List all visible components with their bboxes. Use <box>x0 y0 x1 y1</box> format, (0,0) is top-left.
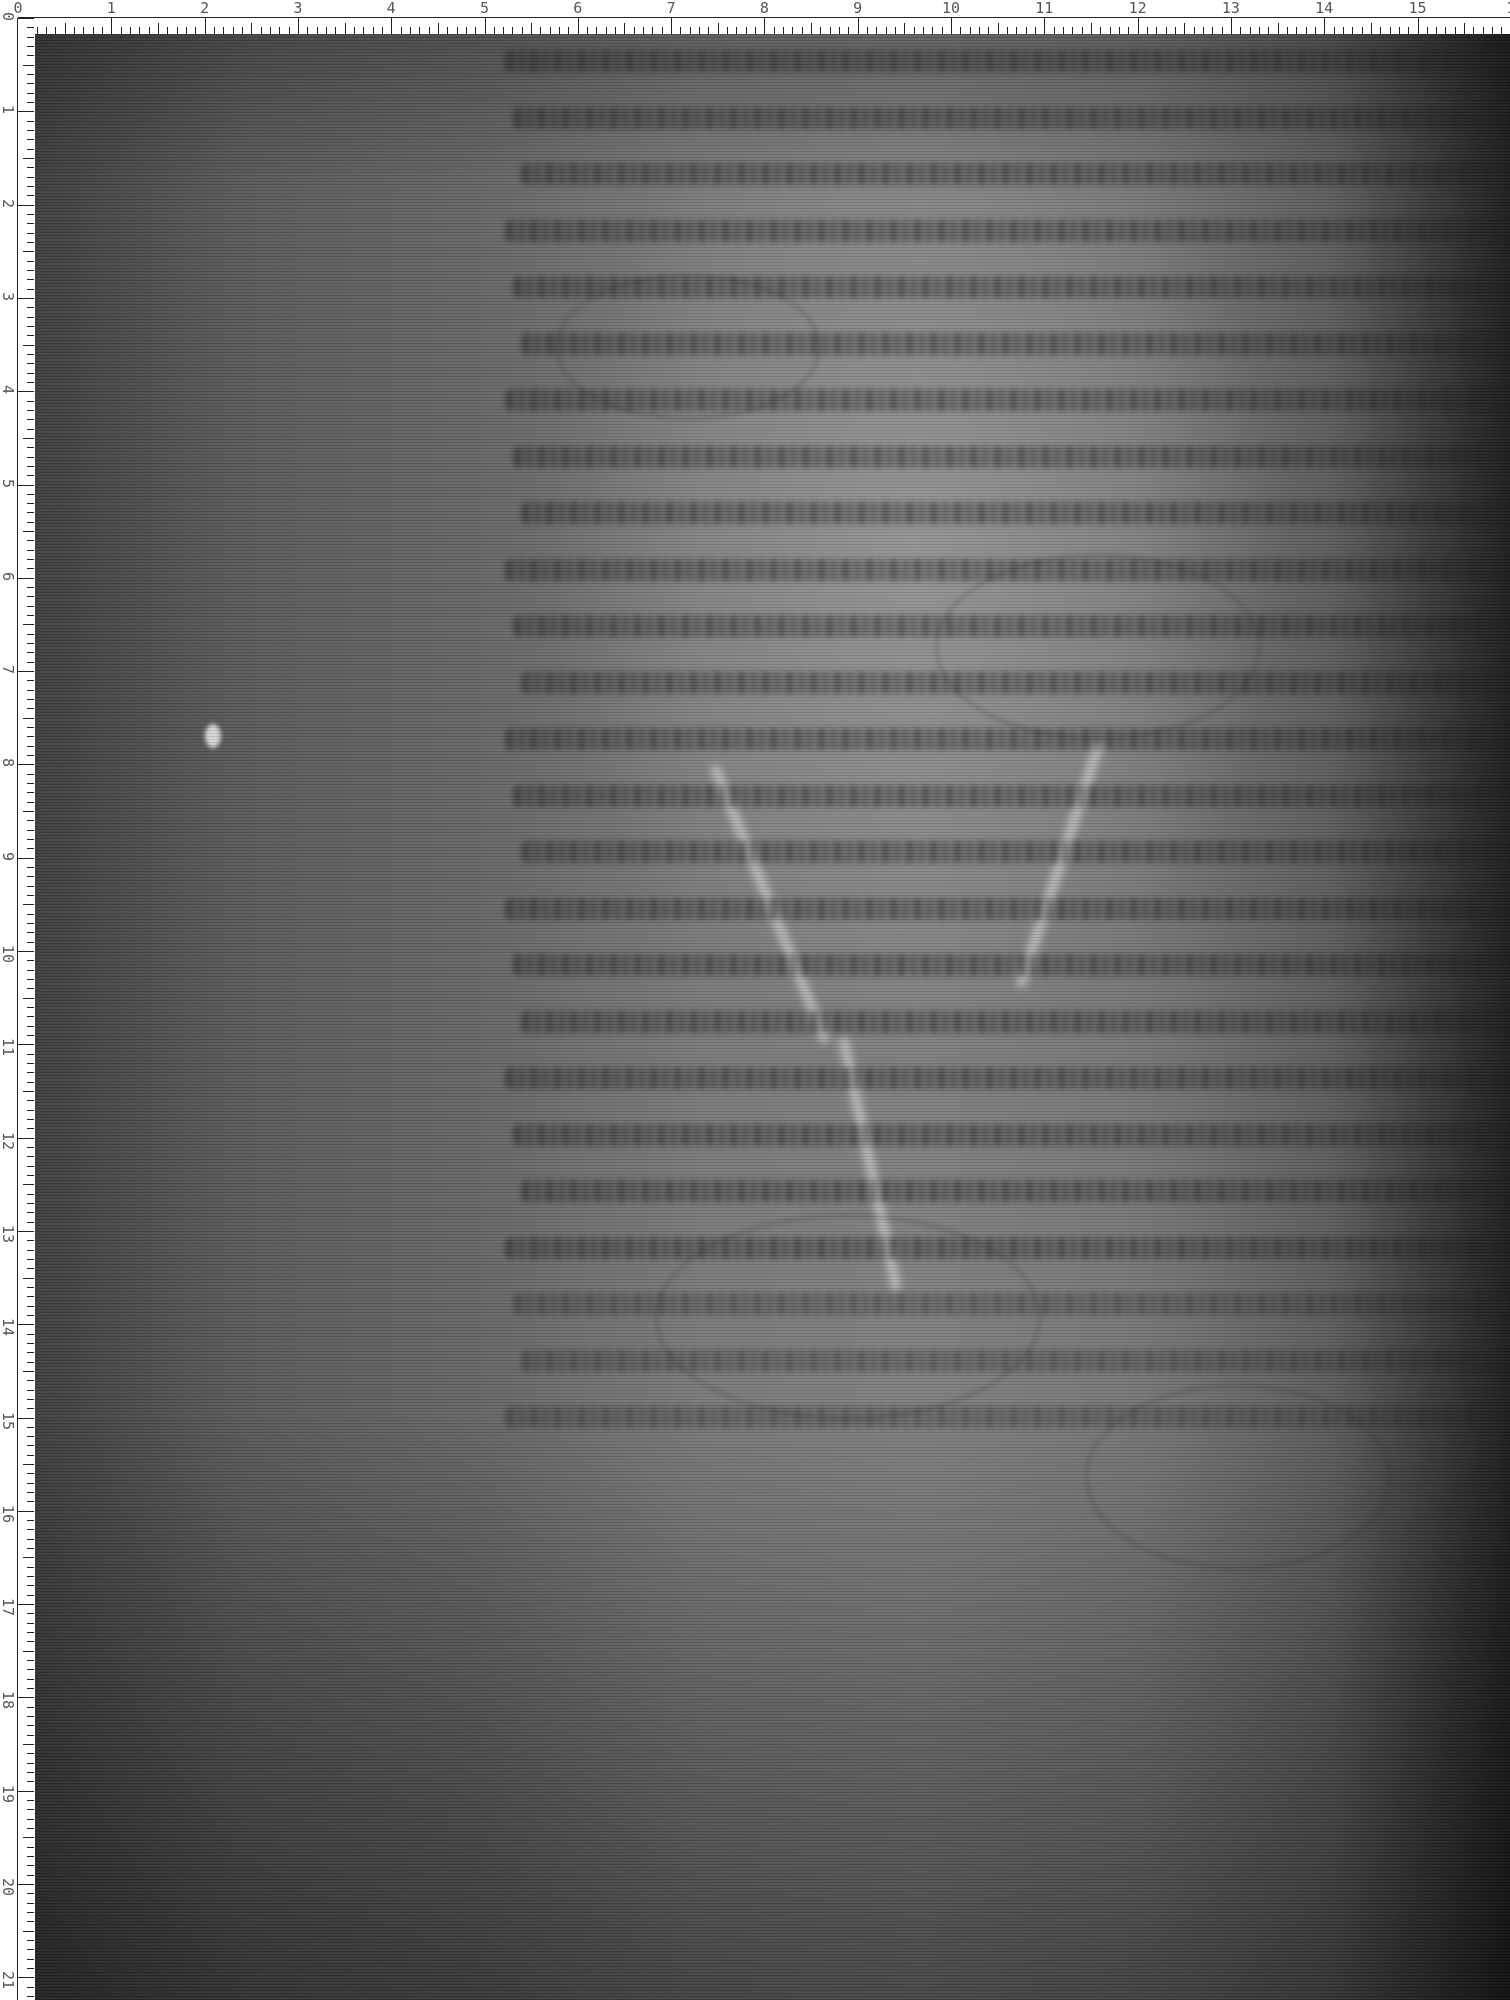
ruler-tick <box>27 121 34 122</box>
ruler-tick <box>1026 27 1027 34</box>
ruler-tick <box>363 27 364 34</box>
ruler-tick <box>27 867 34 868</box>
ruler-tick <box>1287 27 1288 34</box>
ruler-tick <box>1464 23 1465 34</box>
ruler-left-label: 18 <box>0 1691 16 1709</box>
ruler-tick <box>699 27 700 34</box>
manuscript-text-line <box>521 1011 1510 1033</box>
ruler-tick <box>531 23 532 34</box>
ruler-tick <box>23 1744 34 1745</box>
ruler-tick <box>1016 27 1017 34</box>
ruler-tick <box>27 307 34 308</box>
ruler-tick <box>391 18 392 34</box>
ruler-tick <box>27 1100 34 1101</box>
ruler-tick <box>27 1072 34 1073</box>
bright-spot <box>205 724 221 748</box>
ruler-tick <box>485 18 486 34</box>
ruler-tick <box>447 27 448 34</box>
ruler-tick <box>27 410 34 411</box>
ruler-tick <box>27 1613 34 1614</box>
ruler-tick <box>27 1679 34 1680</box>
ruler-tick <box>867 27 868 34</box>
ruler-tick <box>27 242 34 243</box>
manuscript-text-line <box>513 785 1510 807</box>
ruler-tick <box>223 27 224 34</box>
ruler-tick <box>27 1763 34 1764</box>
ruler-tick <box>1007 27 1008 34</box>
ruler-tick <box>652 27 653 34</box>
ruler-tick <box>27 1175 34 1176</box>
ruler-tick <box>27 1352 34 1353</box>
ruler-tick <box>27 167 34 168</box>
ruler-left-label: 5 <box>0 479 16 488</box>
ruler-tick <box>27 1539 34 1540</box>
ruler-tick <box>1473 27 1474 34</box>
ruler-tick <box>27 1128 34 1129</box>
ruler-tick <box>23 1091 34 1092</box>
ruler-tick <box>23 1464 34 1465</box>
ruler-tick <box>27 317 34 318</box>
ruler-tick <box>970 27 971 34</box>
ruler-tick <box>18 1697 34 1698</box>
ruler-tick <box>18 1324 34 1325</box>
ruler-left-label: 16 <box>0 1505 16 1523</box>
ruler-tick <box>27 876 34 877</box>
ruler-tick <box>27 774 34 775</box>
manuscript-text-line <box>505 1067 1510 1089</box>
ruler-tick <box>83 27 84 34</box>
ruler-tick <box>23 718 34 719</box>
ruler-tick <box>27 1492 34 1493</box>
ruler-tick <box>457 27 458 34</box>
ruler-tick <box>27 1585 34 1586</box>
ruler-tick <box>27 755 34 756</box>
ruler-tick <box>27 233 34 234</box>
manuscript-text-line <box>521 1180 1510 1202</box>
ruler-tick <box>27 1082 34 1083</box>
ruler-tick <box>1362 27 1363 34</box>
ruler-tick <box>438 23 439 34</box>
ruler-tick <box>27 1735 34 1736</box>
ruler-tick <box>27 699 34 700</box>
ruler-tick <box>1035 27 1036 34</box>
ruler-tick <box>27 1194 34 1195</box>
ruler-tick <box>27 596 34 597</box>
ruler-tick <box>195 27 196 34</box>
ruler-tick <box>27 37 34 38</box>
ruler-left-label: 13 <box>0 1225 16 1243</box>
ruler-tick <box>1334 27 1335 34</box>
manuscript-text-line <box>521 333 1510 355</box>
manuscript-text-line <box>513 1124 1510 1146</box>
ruler-tick <box>307 27 308 34</box>
manuscript-text-line <box>513 276 1510 298</box>
ruler-tick <box>27 326 34 327</box>
ruler-tick <box>18 111 34 112</box>
ruler-tick <box>979 27 980 34</box>
ruler-tick <box>139 27 140 34</box>
ruler-tick <box>494 27 495 34</box>
manuscript-text-line <box>513 1293 1510 1315</box>
ruler-tick <box>65 23 66 34</box>
ruler-tick <box>876 27 877 34</box>
ruler-tick <box>27 652 34 653</box>
ruler-tick <box>634 27 635 34</box>
ruler-tick <box>27 1380 34 1381</box>
manuscript-text-line <box>521 672 1510 694</box>
ruler-tick <box>27 55 34 56</box>
ruler-tick <box>27 1893 34 1894</box>
ruler-top-label: 1 <box>107 0 116 16</box>
ruler-tick <box>37 27 38 34</box>
ruler-tick <box>540 27 541 34</box>
ruler-tick <box>27 1296 34 1297</box>
ruler-tick <box>27 559 34 560</box>
ruler-tick <box>1259 27 1260 34</box>
ruler-left-label: 8 <box>0 758 16 767</box>
ruler-tick <box>27 1707 34 1708</box>
ruler-left-label: 15 <box>0 1412 16 1430</box>
ruler-tick <box>177 27 178 34</box>
ruler-tick <box>27 727 34 728</box>
ruler-tick <box>27 662 34 663</box>
ruler-tick <box>27 1334 34 1335</box>
ruler-tick <box>848 27 849 34</box>
ruler-top-label: 6 <box>573 0 582 16</box>
ruler-left-label: 2 <box>0 199 16 208</box>
ruler-tick <box>1100 27 1101 34</box>
manuscript-text-line <box>513 446 1510 468</box>
ruler-tick <box>1427 27 1428 34</box>
ruler-tick <box>326 27 327 34</box>
manuscript-text-line <box>513 615 1510 637</box>
ruler-tick <box>1306 27 1307 34</box>
ruler-tick <box>27 1856 34 1857</box>
ruler-tick <box>27 475 34 476</box>
ruler-tick <box>596 27 597 34</box>
ruler-tick <box>27 820 34 821</box>
ruler-tick <box>27 1362 34 1363</box>
ruler-tick <box>783 27 784 34</box>
ruler-tick <box>27 1912 34 1913</box>
ruler-tick <box>27 1921 34 1922</box>
ruler-top-label: 10 <box>942 0 960 16</box>
ruler-top-label: 11 <box>1035 0 1053 16</box>
ruler-tick <box>27 363 34 364</box>
ruler-tick <box>18 858 34 859</box>
ruler-tick <box>839 27 840 34</box>
ruler-tick <box>27 1427 34 1428</box>
ruler-tick <box>559 27 560 34</box>
ruler-tick <box>27 1063 34 1064</box>
ruler-tick <box>27 1996 34 1997</box>
ruler-tick <box>335 27 336 34</box>
ruler-tick <box>149 27 150 34</box>
ruler-tick <box>102 27 103 34</box>
ruler-left-label: 1 <box>0 105 16 114</box>
ruler-tick <box>27 1669 34 1670</box>
ruler-tick <box>27 1315 34 1316</box>
ruler-tick <box>512 27 513 34</box>
ruler-tick <box>23 345 34 346</box>
ruler-top-label: 9 <box>853 0 862 16</box>
ruler-tick <box>27 979 34 980</box>
ruler-tick <box>466 27 467 34</box>
ruler-left-label: 9 <box>0 852 16 861</box>
ruler-tick <box>18 578 34 579</box>
ruler-tick <box>27 634 34 635</box>
ruler-tick <box>1054 27 1055 34</box>
ruler-tick <box>27 736 34 737</box>
ruler-tick <box>27 1212 34 1213</box>
ruler-tick <box>1324 18 1325 34</box>
ruler-tick <box>27 429 34 430</box>
ruler-tick <box>923 27 924 34</box>
ruler-tick <box>27 1445 34 1446</box>
ruler-tick <box>27 1436 34 1437</box>
ruler-tick <box>643 27 644 34</box>
manuscript-text-line <box>521 502 1510 524</box>
ruler-tick <box>27 1576 34 1577</box>
ruler-tick <box>27 1567 34 1568</box>
ruler-tick <box>1119 27 1120 34</box>
ruler-left: 0123456789101112131415161718192021 <box>0 18 34 2000</box>
ruler-tick <box>27 1781 34 1782</box>
ruler-tick <box>27 839 34 840</box>
ruler-tick <box>27 177 34 178</box>
ruler-tick <box>186 27 187 34</box>
ruler-left-label: 17 <box>0 1598 16 1616</box>
ruler-tick <box>774 27 775 34</box>
ruler-tick <box>1343 27 1344 34</box>
ruler-left-label: 11 <box>0 1038 16 1056</box>
ruler-tick <box>1147 27 1148 34</box>
ruler-tick <box>1166 27 1167 34</box>
ruler-tick <box>27 289 34 290</box>
ruler-tick <box>802 27 803 34</box>
manuscript-text-line <box>513 107 1510 129</box>
ruler-tick <box>1138 18 1139 34</box>
ruler-tick <box>27 587 34 588</box>
ruler-tick <box>27 1875 34 1876</box>
ruler-tick <box>1250 27 1251 34</box>
ruler-left-label: 21 <box>0 1971 16 1989</box>
ruler-tick <box>27 1007 34 1008</box>
ruler-tick <box>27 214 34 215</box>
ruler-tick <box>27 1203 34 1204</box>
ruler-tick <box>18 298 34 299</box>
ruler-tick <box>27 27 34 28</box>
ruler-tick <box>27 1595 34 1596</box>
ruler-tick <box>27 1725 34 1726</box>
ruler-tick <box>46 27 47 34</box>
ruler-tick <box>503 27 504 34</box>
ruler-tick <box>27 522 34 523</box>
ruler-tick <box>727 27 728 34</box>
ruler-tick <box>27 1473 34 1474</box>
ruler-tick <box>27 419 34 420</box>
ruler-tick <box>27 1968 34 1969</box>
ruler-tick <box>27 1110 34 1111</box>
ruler-tick <box>18 205 34 206</box>
ruler-tick <box>1156 27 1157 34</box>
ruler-tick <box>662 27 663 34</box>
ruler-tick <box>23 251 34 252</box>
ruler-tick <box>1399 27 1400 34</box>
ruler-tick <box>27 708 34 709</box>
ruler-tick <box>1091 23 1092 34</box>
ruler-tick <box>27 1959 34 1960</box>
ruler-tick <box>27 1716 34 1717</box>
ruler-tick <box>27 960 34 961</box>
ruler-tick <box>27 46 34 47</box>
ruler-tick <box>373 27 374 34</box>
ruler-tick <box>1175 27 1176 34</box>
ruler-tick <box>27 93 34 94</box>
ruler-tick <box>27 1268 34 1269</box>
ruler-tick <box>1222 27 1223 34</box>
ruler-tick <box>18 951 34 952</box>
ruler-tick <box>205 18 206 34</box>
ruler-tick <box>27 848 34 849</box>
ruler-tick <box>18 1044 34 1045</box>
ruler-tick <box>27 335 34 336</box>
ruler-tick <box>998 23 999 34</box>
ruler-tick <box>23 811 34 812</box>
ruler-tick <box>1352 27 1353 34</box>
ruler-tick <box>27 1772 34 1773</box>
ruler-tick <box>764 18 765 34</box>
ruler-tick <box>251 23 252 34</box>
ruler-tick <box>410 27 411 34</box>
ruler-tick <box>960 27 961 34</box>
ruler-tick <box>914 27 915 34</box>
ruler-tick <box>27 1753 34 1754</box>
ruler-tick <box>23 1837 34 1838</box>
ruler-tick <box>27 886 34 887</box>
ruler-tick <box>27 830 34 831</box>
ruler-tick <box>1194 27 1195 34</box>
ruler-tick <box>606 27 607 34</box>
ruler-tick <box>746 27 747 34</box>
ruler-tick <box>27 1054 34 1055</box>
manuscript-scan <box>35 34 1510 2000</box>
ruler-tick <box>401 27 402 34</box>
ruler-tick <box>27 223 34 224</box>
ruler-tick <box>830 27 831 34</box>
ruler-tick <box>27 1455 34 1456</box>
ruler-tick <box>27 895 34 896</box>
ruler-tick <box>27 1408 34 1409</box>
ruler-tick <box>130 27 131 34</box>
ruler-left-label: 14 <box>0 1318 16 1336</box>
ruler-tick <box>27 1240 34 1241</box>
ruler-tick <box>27 382 34 383</box>
ruler-tick <box>27 1147 34 1148</box>
manuscript-text-line <box>505 1406 1510 1428</box>
ruler-tick <box>27 643 34 644</box>
ruler-tick <box>1072 27 1073 34</box>
ruler-tick <box>1268 27 1269 34</box>
ruler-tick <box>27 279 34 280</box>
ruler-tick <box>18 1231 34 1232</box>
ruler-tick <box>18 1511 34 1512</box>
ruler-tick <box>27 1483 34 1484</box>
ruler-tick <box>27 1026 34 1027</box>
ruler-tick <box>27 1903 34 1904</box>
ruler-tick <box>23 158 34 159</box>
manuscript-text-line <box>505 389 1510 411</box>
ruler-tick <box>382 27 383 34</box>
ruler-tick <box>27 690 34 691</box>
ruler-tick <box>27 923 34 924</box>
ruler-tick <box>27 1548 34 1549</box>
ruler-tick <box>18 1791 34 1792</box>
ruler-tick <box>578 18 579 34</box>
ruler-top-label: 14 <box>1315 0 1333 16</box>
ruler-tick <box>18 391 34 392</box>
ruler-tick <box>27 270 34 271</box>
ruler-tick <box>1315 27 1316 34</box>
ruler-tick <box>279 27 280 34</box>
manuscript-text-line <box>521 1350 1510 1372</box>
ruler-tick <box>475 27 476 34</box>
ruler-tick <box>27 1828 34 1829</box>
ruler-tick <box>1278 23 1279 34</box>
ruler-left-label: 6 <box>0 572 16 581</box>
ruler-left-label: 20 <box>0 1878 16 1896</box>
ruler-tick <box>1455 27 1456 34</box>
ruler-tick <box>27 932 34 933</box>
ruler-tick <box>23 904 34 905</box>
ruler-tick <box>27 1259 34 1260</box>
ruler-tick <box>1492 27 1493 34</box>
ruler-tick <box>158 23 159 34</box>
ruler-tick <box>18 1138 34 1139</box>
ruler-tick <box>1184 23 1185 34</box>
ruler-tick <box>27 503 34 504</box>
ruler-tick <box>27 568 34 569</box>
ruler-tick <box>27 1016 34 1017</box>
ruler-tick <box>1445 27 1446 34</box>
ruler-tick <box>1390 27 1391 34</box>
ruler-tick <box>111 18 112 34</box>
ruler-tick <box>1082 27 1083 34</box>
ruler-tick <box>23 1278 34 1279</box>
ruler-tick <box>18 764 34 765</box>
ruler-tick <box>27 1949 34 1950</box>
ruler-tick <box>1380 27 1381 34</box>
ruler-tick <box>27 186 34 187</box>
ruler-tick <box>27 1520 34 1521</box>
ruler-tick <box>886 27 887 34</box>
ruler-tick <box>242 27 243 34</box>
ruler-tick <box>27 792 34 793</box>
ruler-tick <box>23 624 34 625</box>
ruler-tick <box>317 27 318 34</box>
ruler-tick <box>27 1688 34 1689</box>
ruler-top-label: 7 <box>667 0 676 16</box>
ruler-tick <box>27 550 34 551</box>
ruler-tick <box>27 970 34 971</box>
ruler-tick <box>23 1184 34 1185</box>
ruler-left-label: 4 <box>0 385 16 394</box>
ruler-tick <box>27 615 34 616</box>
ruler-tick <box>270 27 271 34</box>
ruler-tick <box>261 27 262 34</box>
ruler-tick <box>27 540 34 541</box>
ruler-tick <box>18 18 34 19</box>
